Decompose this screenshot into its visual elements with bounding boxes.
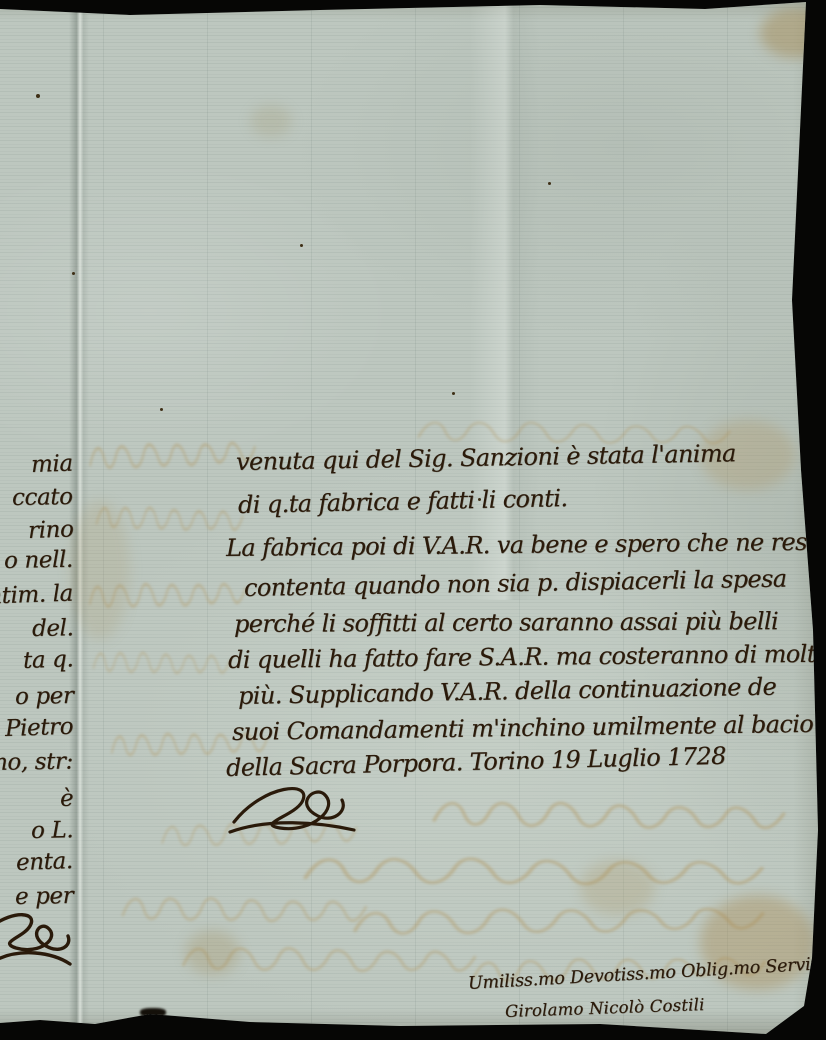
facing-paraph-flourish: [0, 908, 78, 982]
facing-fragment-line: ccato: [12, 484, 73, 511]
scanned-letter-page: mia ccato rino o nell. entim. la del. ta…: [0, 0, 826, 1040]
ink-bleedthrough: [120, 893, 371, 931]
ink-speck: [160, 408, 163, 411]
ink-bleedthrough: [180, 943, 480, 981]
signature-closing: Umiliss.mo Devotiss.mo Oblig.mo Servitor…: [467, 953, 826, 994]
paper-stain: [70, 500, 130, 640]
ink-speck: [548, 182, 551, 185]
ink-bleedthrough: [88, 579, 249, 616]
facing-fragment-line: è: [59, 786, 73, 812]
paper-stain: [580, 860, 655, 915]
ink-bleedthrough: [94, 502, 245, 539]
manuscript-line: della Sacra Porpora. Torino 19 Luglio 17…: [226, 742, 726, 782]
facing-fragment-line: rino: [27, 516, 73, 544]
facing-fragment-line: e per: [15, 883, 74, 910]
facing-fragment-line: mo, str:: [0, 748, 73, 776]
facing-fragment-line: entim. la: [0, 581, 73, 610]
ink-speck: [452, 392, 455, 395]
facing-fragment-line: ta q.: [22, 646, 73, 674]
facing-page-strip: mia ccato rino o nell. entim. la del. ta…: [0, 0, 78, 1040]
manuscript-line: suoi Comandamenti m'inchino umilmente al…: [232, 710, 814, 746]
ink-bleedthrough: [92, 648, 233, 682]
ink-bleedthrough: [300, 853, 770, 895]
facing-fragment-line: o nell.: [4, 547, 73, 574]
paper-stain: [250, 105, 292, 137]
paraph-flourish: [228, 778, 358, 842]
ink-speck: [300, 244, 303, 247]
facing-fragment-line: o per: [14, 683, 73, 710]
facing-fragment-line: del.: [31, 615, 73, 642]
facing-fragment-line: enta.: [16, 848, 74, 876]
manuscript-line: La fabrica poi di V.A.R. va bene e spero…: [226, 527, 826, 562]
manuscript-line: perché li soffitti al certo saranno assa…: [234, 607, 778, 638]
letter-sheet: mia ccato rino o nell. entim. la del. ta…: [0, 0, 826, 1040]
ink-bleedthrough: [350, 903, 770, 943]
ink-speck: [140, 1008, 166, 1017]
paper-stain: [185, 930, 240, 975]
paper-stain: [760, 8, 826, 58]
manuscript-line: più. Supplicando V.A.R. della continuazi…: [238, 673, 777, 710]
facing-fragment-line: Pietro: [4, 714, 73, 742]
manuscript-line: di quelli ha fatto fare S.A.R. ma coster…: [228, 640, 826, 674]
manuscript-line: venuta qui del Sig. Sanzioni è stata l'a…: [236, 439, 736, 476]
facing-fragment-line: o L.: [31, 817, 74, 844]
manuscript-line: di q.ta fabrica e fatti li conti.: [238, 484, 568, 519]
signature-name: Girolamo Nicolò Costili: [505, 995, 705, 1021]
facing-fragment-line: mia: [31, 451, 74, 478]
letter-body: venuta qui del Sig. Sanzioni è stata l'a…: [226, 448, 826, 828]
manuscript-line: contenta quando non sia p. dispiacerli l…: [244, 565, 787, 602]
